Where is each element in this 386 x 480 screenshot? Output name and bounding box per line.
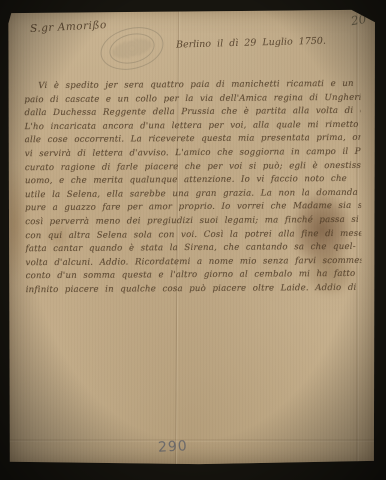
letter-page: S.gr Amorißo Berlino il dì 29 Luglio 175… bbox=[8, 9, 375, 465]
letter-photograph: S.gr Amorißo Berlino il dì 29 Luglio 175… bbox=[0, 0, 386, 480]
folio-number: 20 bbox=[350, 12, 367, 28]
horizontal-fold-crease bbox=[8, 439, 375, 442]
archive-number: 290 bbox=[158, 438, 189, 456]
addressee-note: S.gr Amorißo bbox=[30, 19, 107, 35]
dateline: Berlino il dì 29 Luglio 1750. bbox=[176, 34, 372, 50]
handwritten-line: infinito piacere in qualche cosa può pia… bbox=[26, 282, 362, 298]
letter-body: Vi è spedito jer sera quattro paia di ma… bbox=[24, 78, 362, 298]
